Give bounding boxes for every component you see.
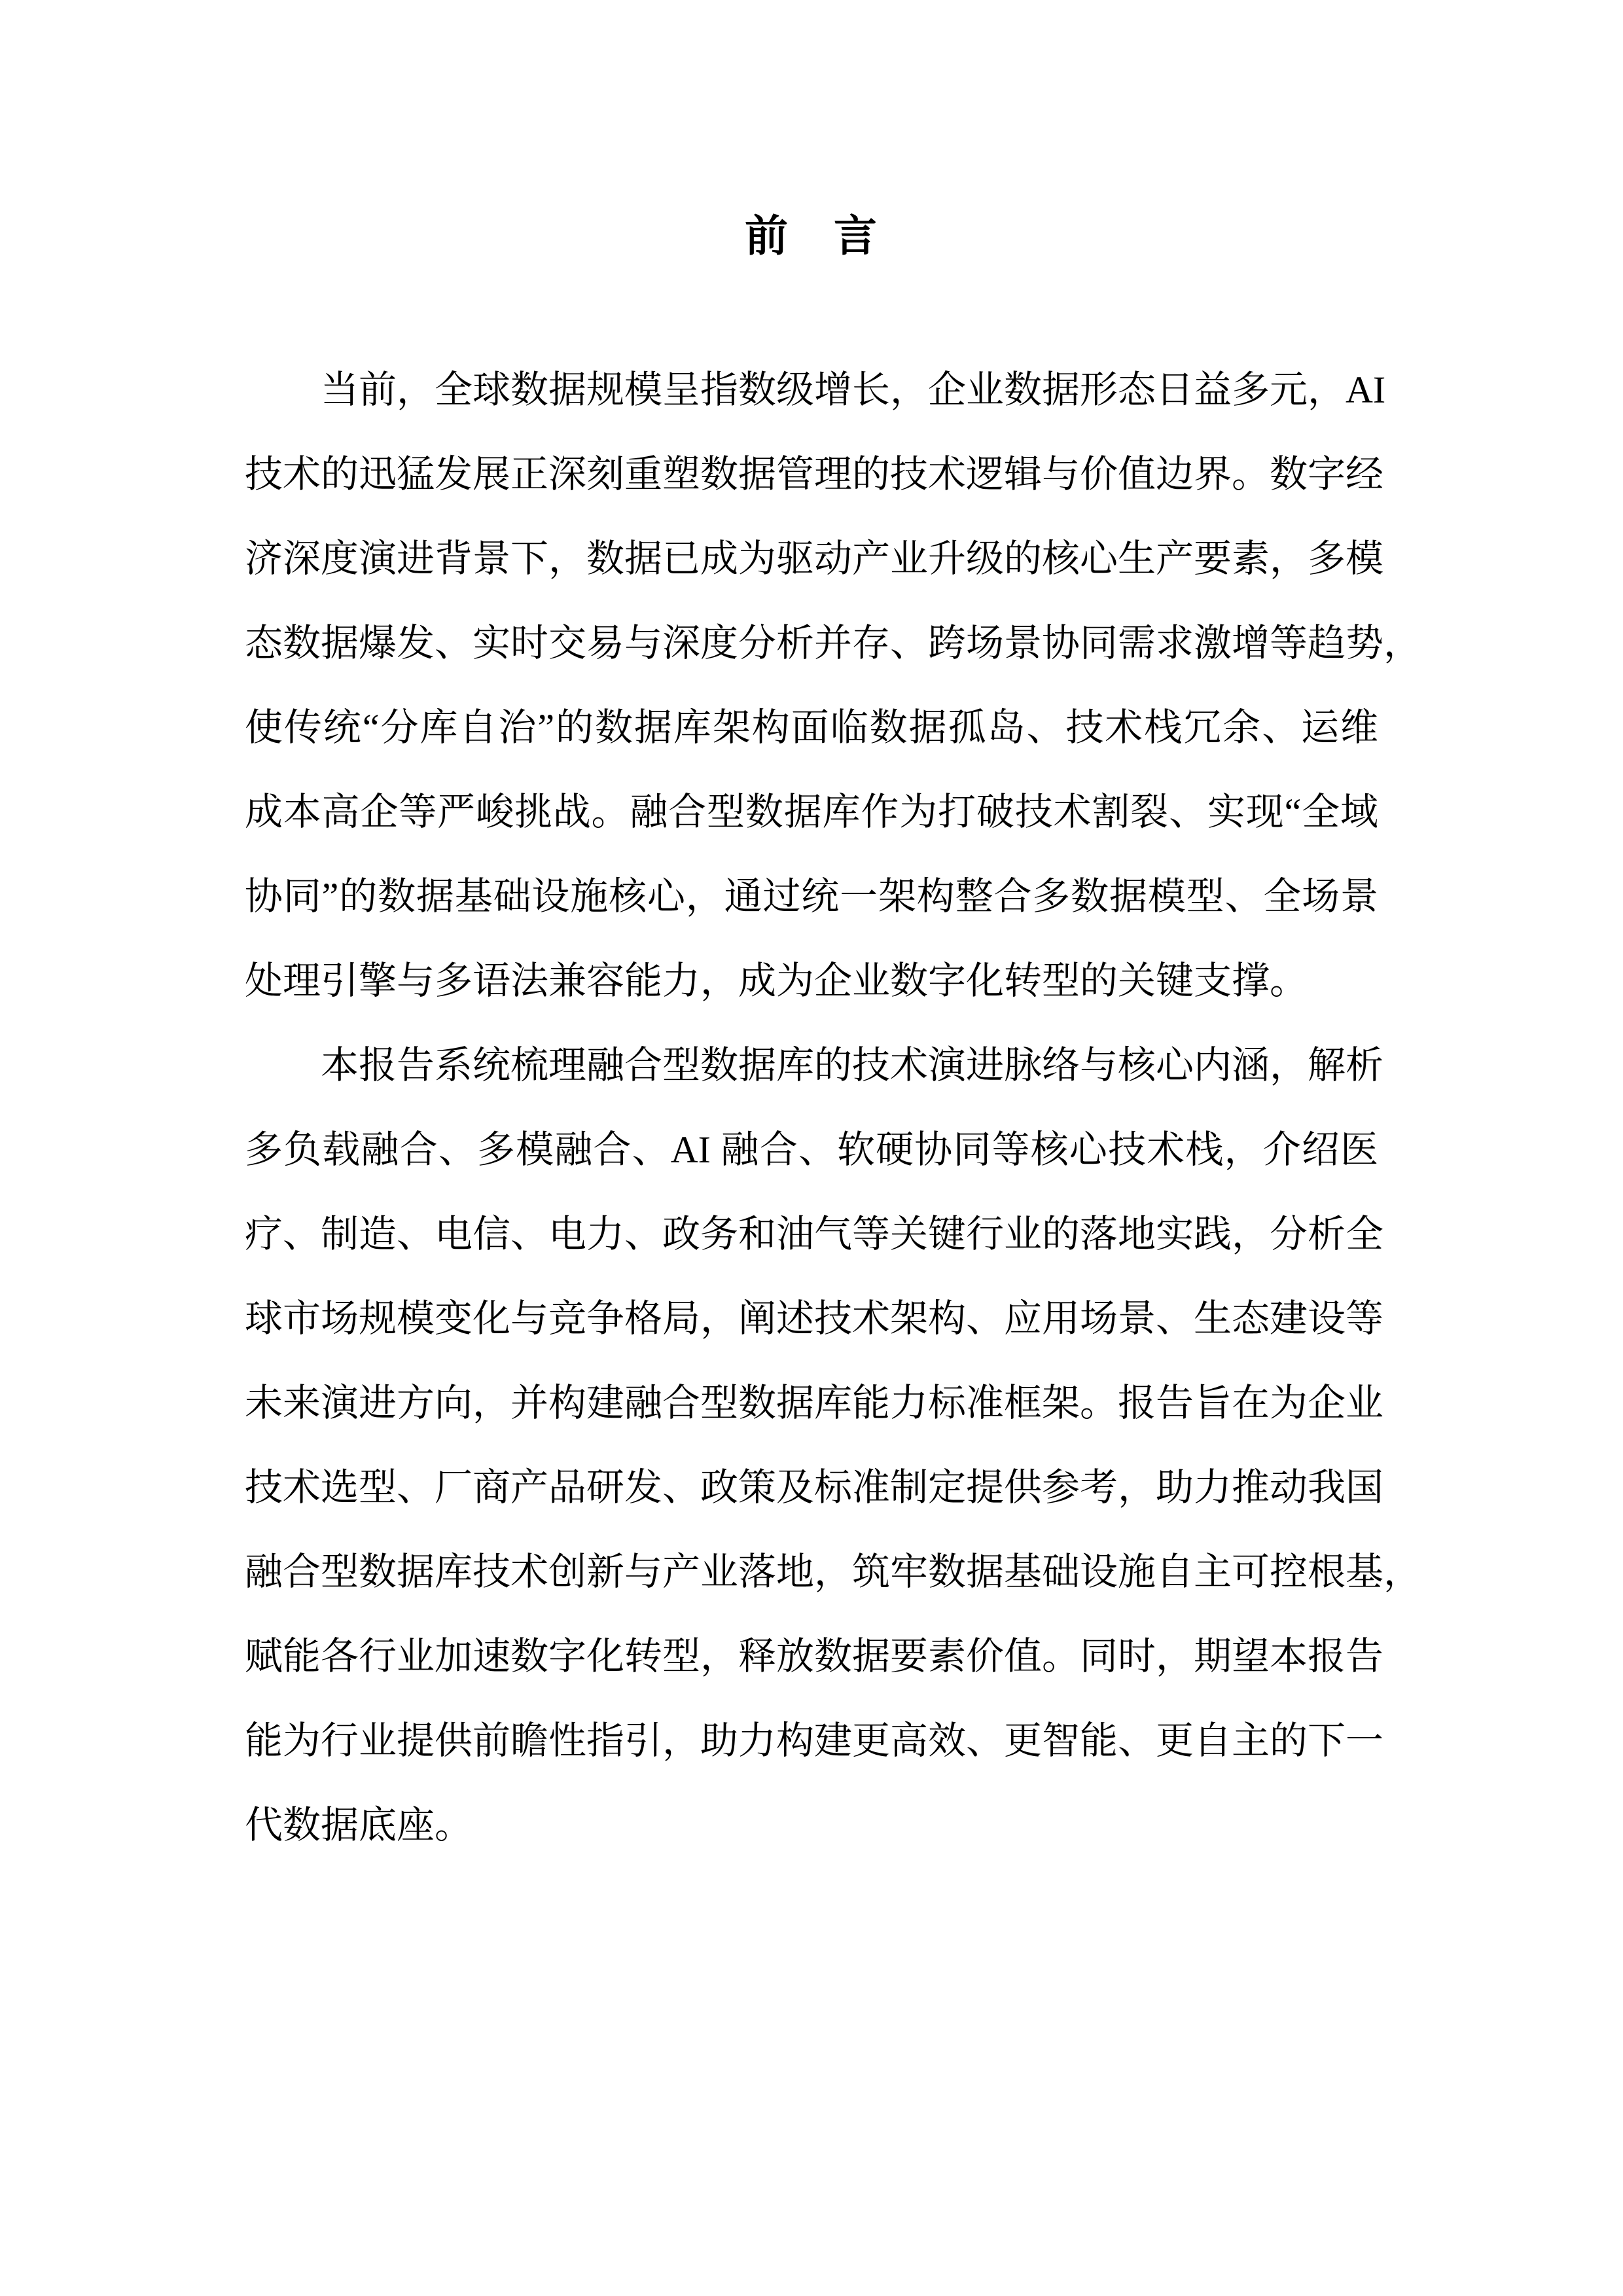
paragraph-1-line-5: 使传统“分库自治”的数据库架构面临数据孤岛、技术栈冗余、运维 <box>245 685 1378 770</box>
paragraph-1-line-1: 当前，全球数据规模呈指数级增长，企业数据形态日益多元，AI <box>245 348 1378 432</box>
document-page: 前 言 当前，全球数据规模呈指数级增长，企业数据形态日益多元，AI 技术的迅猛发… <box>0 0 1623 2296</box>
paragraph-2-line-7: 融合型数据库技术创新与产业落地，筑牢数据基础设施自主可控根基， <box>245 1530 1378 1614</box>
paragraph-1-line-7: 协同”的数据基础设施核心，通过统一架构整合多数据模型、全场景 <box>245 854 1378 939</box>
paragraph-2-line-5: 未来演进方向，并构建融合型数据库能力标准框架。报告旨在为企业 <box>245 1361 1378 1445</box>
paragraph-2-line-4: 球市场规模变化与竞争格局，阐述技术架构、应用场景、生态建设等 <box>245 1276 1378 1361</box>
paragraph-1-line-2: 技术的迅猛发展正深刻重塑数据管理的技术逻辑与价值边界。数字经 <box>245 432 1378 516</box>
paragraph-1-line-6: 成本高企等严峻挑战。融合型数据库作为打破技术割裂、实现“全域 <box>245 770 1378 854</box>
paragraph-2-line-8: 赋能各行业加速数字化转型，释放数据要素价值。同时，期望本报告 <box>245 1614 1378 1698</box>
preface-body: 当前，全球数据规模呈指数级增长，企业数据形态日益多元，AI 技术的迅猛发展正深刻… <box>245 348 1378 1867</box>
paragraph-2-line-6: 技术选型、厂商产品研发、政策及标准制定提供参考，助力推动我国 <box>245 1445 1378 1530</box>
paragraph-1-line-3: 济深度演进背景下，数据已成为驱动产业升级的核心生产要素，多模 <box>245 516 1378 601</box>
paragraph-1-line-4: 态数据爆发、实时交易与深度分析并存、跨场景协同需求激增等趋势， <box>245 601 1378 685</box>
paragraph-2-line-1: 本报告系统梳理融合型数据库的技术演进脉络与核心内涵，解析 <box>245 1023 1378 1107</box>
paragraph-2-line-2: 多负载融合、多模融合、AI 融合、软硬协同等核心技术栈，介绍医 <box>245 1107 1378 1192</box>
paragraph-1-line-8: 处理引擎与多语法兼容能力，成为企业数字化转型的关键支撑。 <box>245 939 1378 1023</box>
paragraph-2-line-3: 疗、制造、电信、电力、政务和油气等关键行业的落地实践，分析全 <box>245 1192 1378 1276</box>
paragraph-2-line-10: 代数据底座。 <box>245 1783 1378 1867</box>
paragraph-2-line-9: 能为行业提供前瞻性指引，助力构建更高效、更智能、更自主的下一 <box>245 1698 1378 1783</box>
page-title: 前 言 <box>245 208 1378 263</box>
